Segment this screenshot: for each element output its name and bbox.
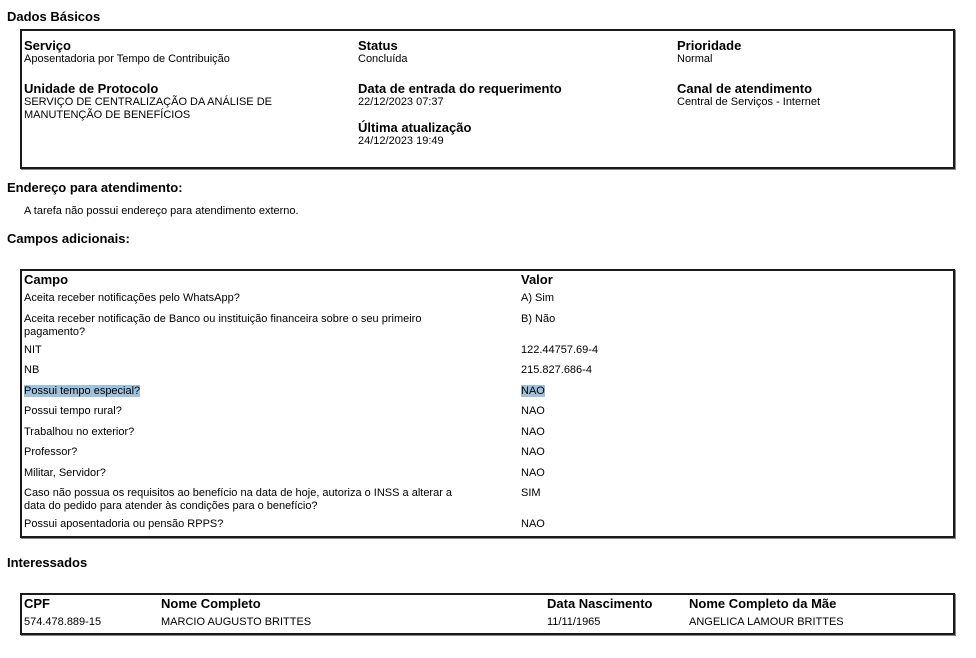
row-campo-text: NB [24, 364, 39, 376]
row-valor: NAO [521, 518, 545, 531]
row-valor: NAO [521, 426, 545, 439]
field-ultima-atualizacao-value: 24/12/2023 19:49 [358, 135, 471, 148]
row-campo: Possui tempo especial? [24, 385, 140, 398]
row-valor: 215.827.686-4 [521, 364, 592, 377]
row-campo: Caso não possua os requisitos ao benefíc… [24, 487, 452, 513]
row-campo: NB [24, 364, 39, 377]
header-data-nascimento: Data Nascimento [547, 596, 652, 611]
field-data-entrada-label: Data de entrada do requerimento [358, 81, 562, 96]
endereco-text: A tarefa não possui endereço para atendi… [24, 205, 299, 218]
row-campo-text: Caso não possua os requisitos ao benefíc… [24, 487, 452, 499]
row-valor-text: 215.827.686-4 [521, 364, 592, 376]
row-campo: Aceita receber notificações pelo WhatsAp… [24, 292, 240, 305]
field-servico-label: Serviço [24, 38, 230, 53]
row-valor-text: NAO [521, 405, 545, 417]
row-valor: B) Não [521, 313, 555, 326]
field-canal: Canal de atendimento Central de Serviços… [677, 81, 820, 109]
cell-nascimento: 11/11/1965 [547, 616, 600, 629]
field-unidade-value-line1: SERVIÇO DE CENTRALIZAÇÃO DA ANÁLISE DE [24, 96, 272, 109]
row-valor-text: NAO [521, 385, 545, 397]
header-valor: Valor [521, 272, 553, 287]
section-title-endereco: Endereço para atendimento: [7, 180, 183, 195]
field-servico: Serviço Aposentadoria por Tempo de Contr… [24, 38, 230, 66]
field-canal-label: Canal de atendimento [677, 81, 820, 96]
row-campo-text: Trabalhou no exterior? [24, 426, 134, 438]
field-prioridade-value: Normal [677, 53, 741, 66]
field-prioridade: Prioridade Normal [677, 38, 741, 66]
section-title-campos-adicionais: Campos adicionais: [7, 231, 130, 246]
field-status-label: Status [358, 38, 408, 53]
header-nome-mae: Nome Completo da Mãe [689, 596, 836, 611]
row-campo: Possui tempo rural? [24, 405, 122, 418]
row-campo: Militar, Servidor? [24, 467, 106, 480]
row-valor-text: SIM [521, 487, 541, 499]
row-valor-text: NAO [521, 467, 545, 479]
row-valor: NAO [521, 467, 545, 480]
field-unidade-protocolo: Unidade de Protocolo SERVIÇO DE CENTRALI… [24, 81, 272, 122]
field-ultima-atualizacao: Última atualização 24/12/2023 19:49 [358, 120, 471, 148]
row-campo-text-cont: data do pedido para atender às condições… [24, 500, 318, 512]
section-title-interessados: Interessados [7, 555, 87, 570]
row-campo: Possui aposentadoria ou pensão RPPS? [24, 518, 223, 531]
row-campo-text: Possui tempo especial? [24, 385, 140, 397]
row-campo-text: Possui aposentadoria ou pensão RPPS? [24, 518, 223, 530]
row-valor-text: 122.44757.69-4 [521, 344, 598, 356]
field-status: Status Concluída [358, 38, 408, 66]
section-title-dados-basicos: Dados Básicos [7, 9, 100, 24]
row-campo-text: Aceita receber notificação de Banco ou i… [24, 313, 421, 325]
field-data-entrada-value: 22/12/2023 07:37 [358, 96, 562, 109]
header-nome-completo: Nome Completo [161, 596, 261, 611]
row-campo: NIT [24, 344, 42, 357]
row-valor-text: NAO [521, 518, 545, 530]
row-valor: NAO [521, 405, 545, 418]
field-unidade-value-line2: MANUTENÇÃO DE BENEFÍCIOS [24, 109, 272, 122]
cell-cpf: 574.478.889-15 [24, 616, 101, 629]
row-valor-text: NAO [521, 446, 545, 458]
row-campo: Trabalhou no exterior? [24, 426, 134, 439]
field-ultima-atualizacao-label: Última atualização [358, 120, 471, 135]
cell-nome-mae: ANGELICA LAMOUR BRITTES [689, 616, 844, 629]
row-valor-text: B) Não [521, 313, 555, 325]
row-valor: 122.44757.69-4 [521, 344, 598, 357]
field-prioridade-label: Prioridade [677, 38, 741, 53]
field-unidade-label: Unidade de Protocolo [24, 81, 272, 96]
cell-nome: MARCIO AUGUSTO BRITTES [161, 616, 311, 629]
row-valor: NAO [521, 385, 545, 398]
row-valor: SIM [521, 487, 541, 500]
row-campo: Professor? [24, 446, 77, 459]
row-campo: Aceita receber notificação de Banco ou i… [24, 313, 421, 339]
row-valor-text: NAO [521, 426, 545, 438]
row-campo-text: Professor? [24, 446, 77, 458]
row-campo-text: Militar, Servidor? [24, 467, 106, 479]
header-cpf: CPF [24, 596, 50, 611]
row-campo-text: Possui tempo rural? [24, 405, 122, 417]
row-valor: NAO [521, 446, 545, 459]
field-servico-value: Aposentadoria por Tempo de Contribuição [24, 53, 230, 66]
row-valor: A) Sim [521, 292, 554, 305]
row-campo-text: Aceita receber notificações pelo WhatsAp… [24, 292, 240, 304]
row-campo-text-cont: pagamento? [24, 326, 85, 338]
field-canal-value: Central de Serviços - Internet [677, 96, 820, 109]
row-valor-text: A) Sim [521, 292, 554, 304]
field-data-entrada: Data de entrada do requerimento 22/12/20… [358, 81, 562, 109]
field-status-value: Concluída [358, 53, 408, 66]
header-campo: Campo [24, 272, 68, 287]
row-campo-text: NIT [24, 344, 42, 356]
